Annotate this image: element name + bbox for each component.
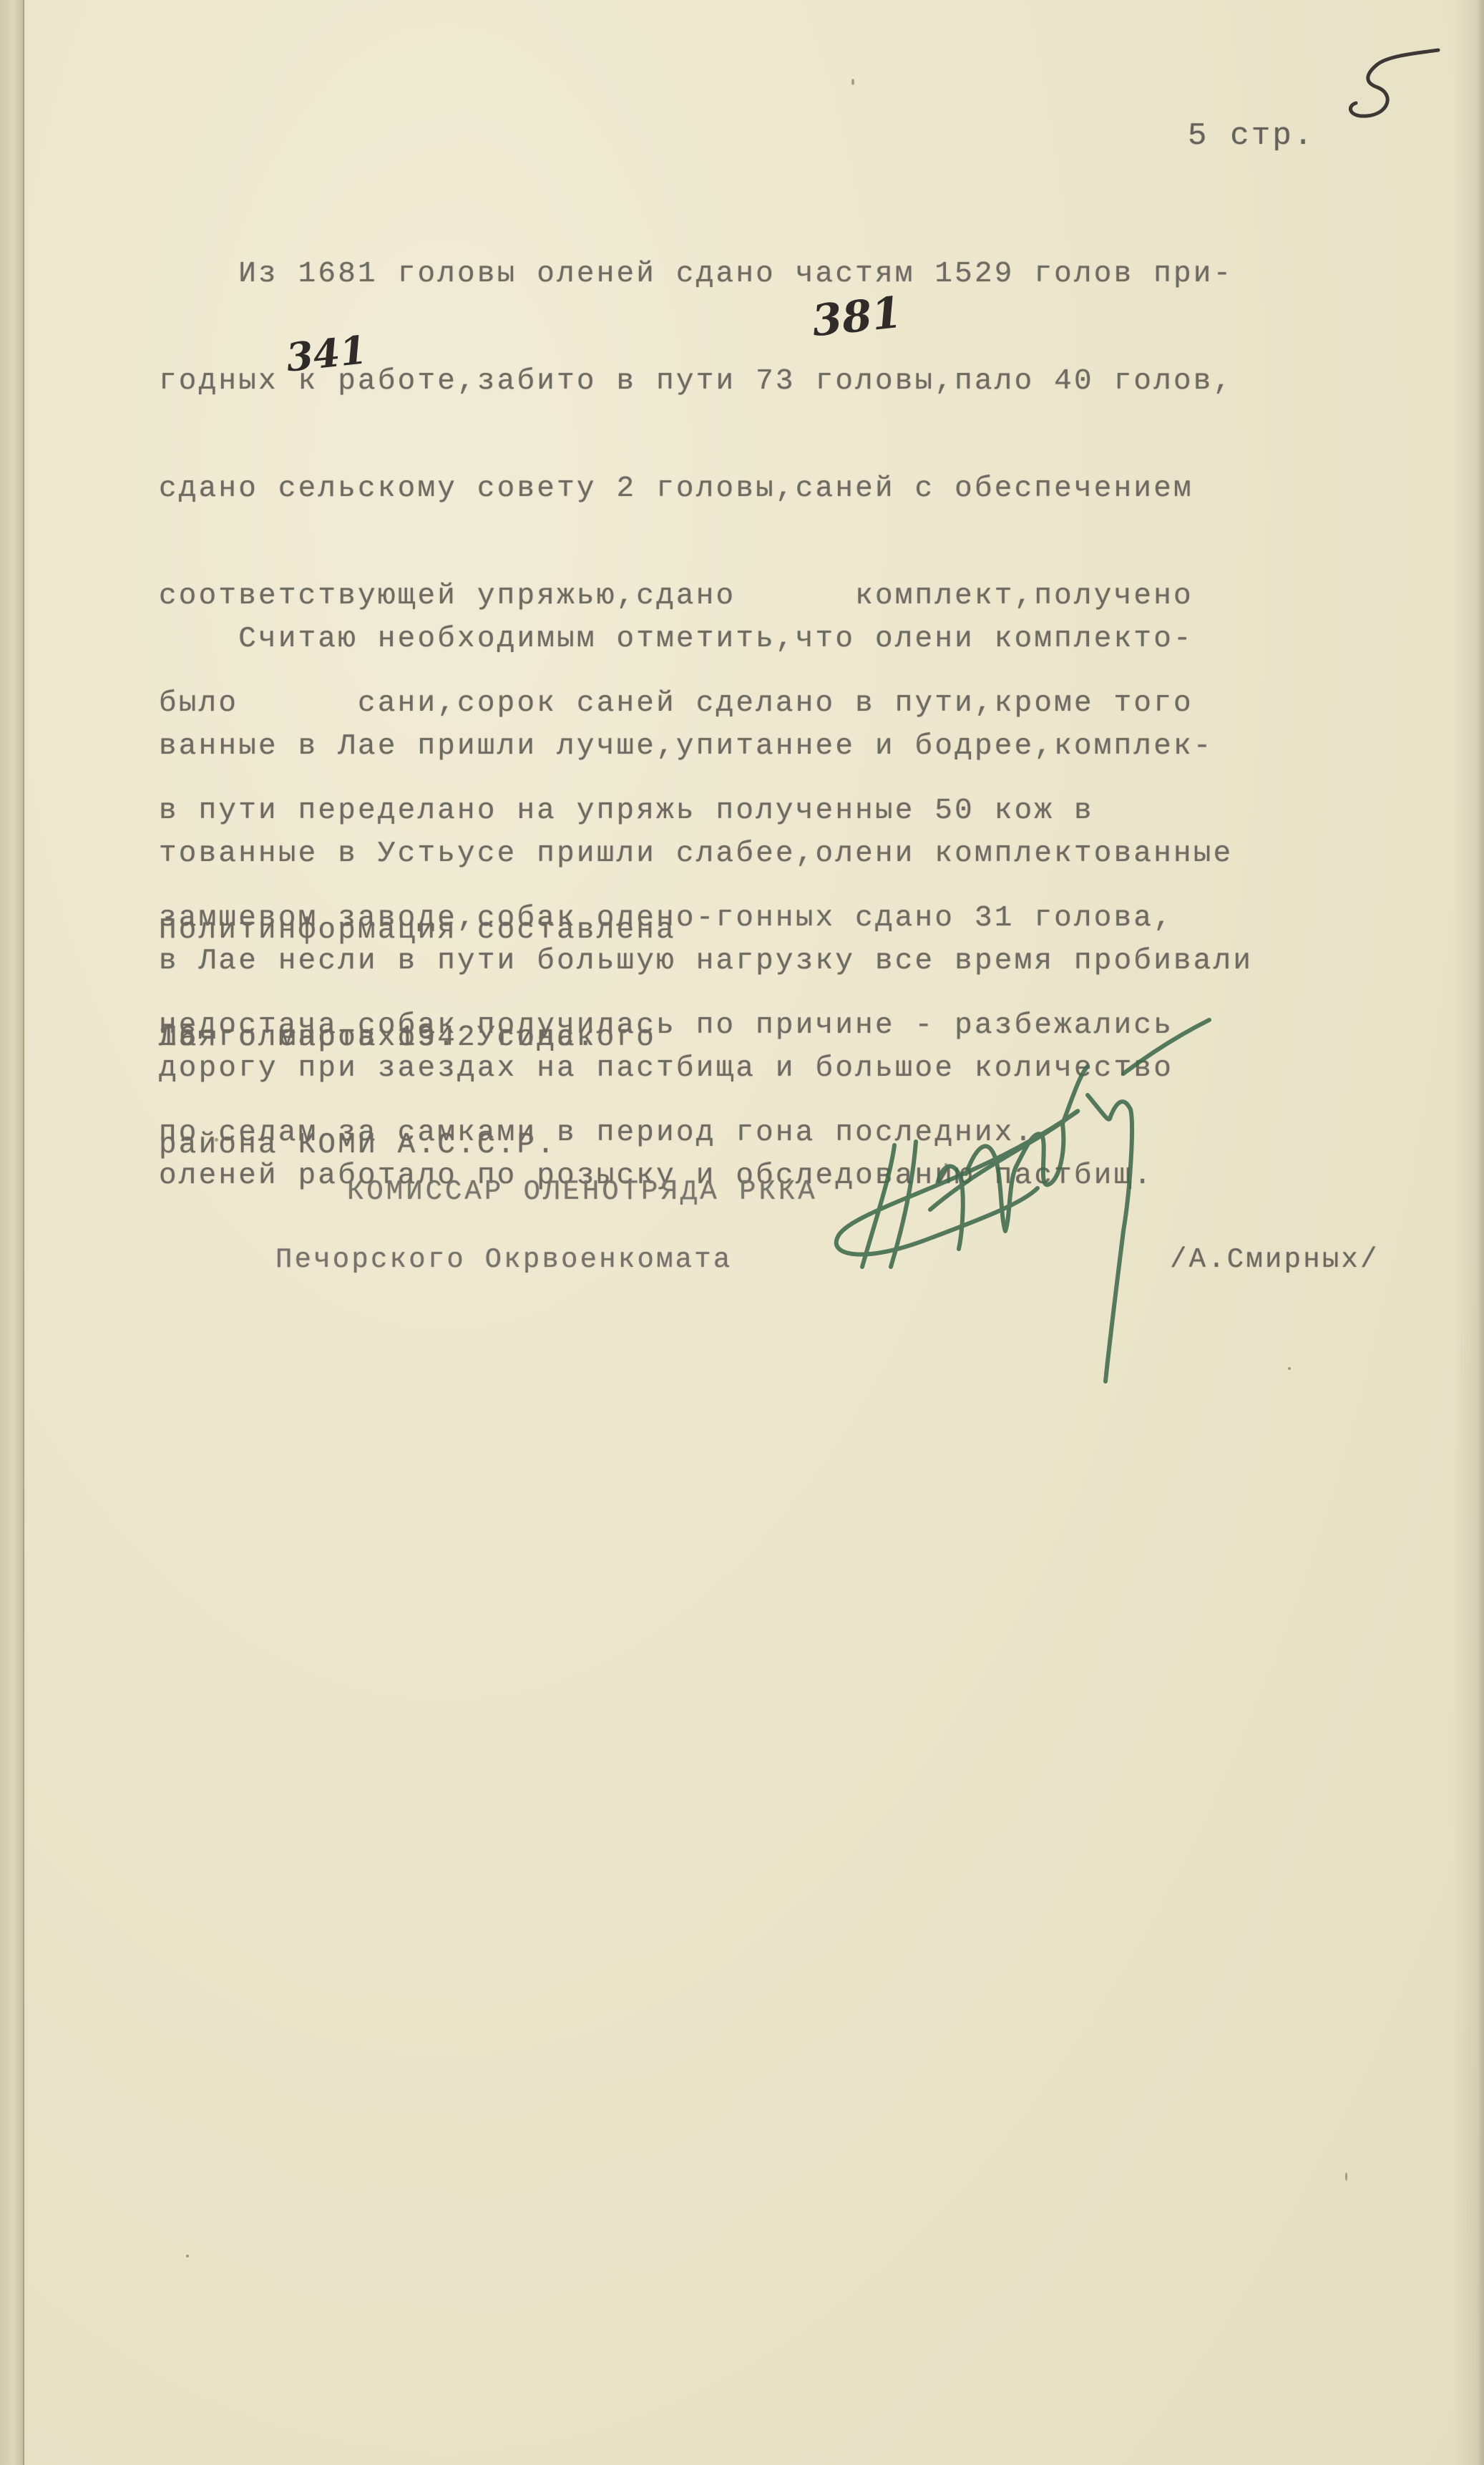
handwritten-number-341: 341 (284, 326, 369, 380)
page-right-edge (1477, 0, 1484, 2465)
text-line: сдано сельскому совету 2 головы,саней с … (159, 471, 1233, 507)
signatory-organization: Печорского Окрвоенкомата (275, 1242, 733, 1278)
paper-speck (851, 79, 854, 85)
paper-speck (186, 2255, 189, 2257)
paper-speck (1345, 2172, 1347, 2181)
text-line: Из 1681 головы оленей сдано частям 1529 … (159, 256, 1233, 292)
text-line: Считаю необходимым отметить,что олени ко… (159, 621, 1253, 657)
handwritten-number-381: 381 (810, 288, 904, 347)
text-line: района КОМИ А.С.С.Р. (159, 1127, 656, 1163)
page-fold-edge (0, 0, 24, 2465)
signatory-title: КОМИССАР ОЛЕНОТРЯДА РККА (347, 1174, 818, 1210)
scanned-document-page: 5 стр. Из 1681 головы оленей сдано частя… (0, 0, 1484, 2465)
page-label: 5 стр. (1188, 118, 1315, 154)
text-line: Политинформация составлена (159, 913, 676, 948)
text-line: ванные в Лае пришли лучше,упитаннее и бо… (159, 729, 1253, 764)
folio-number-handwritten (1345, 43, 1453, 122)
text-line: Лая оленсовхоз. Усинского (159, 1020, 656, 1056)
handwritten-signature (823, 1002, 1367, 1431)
